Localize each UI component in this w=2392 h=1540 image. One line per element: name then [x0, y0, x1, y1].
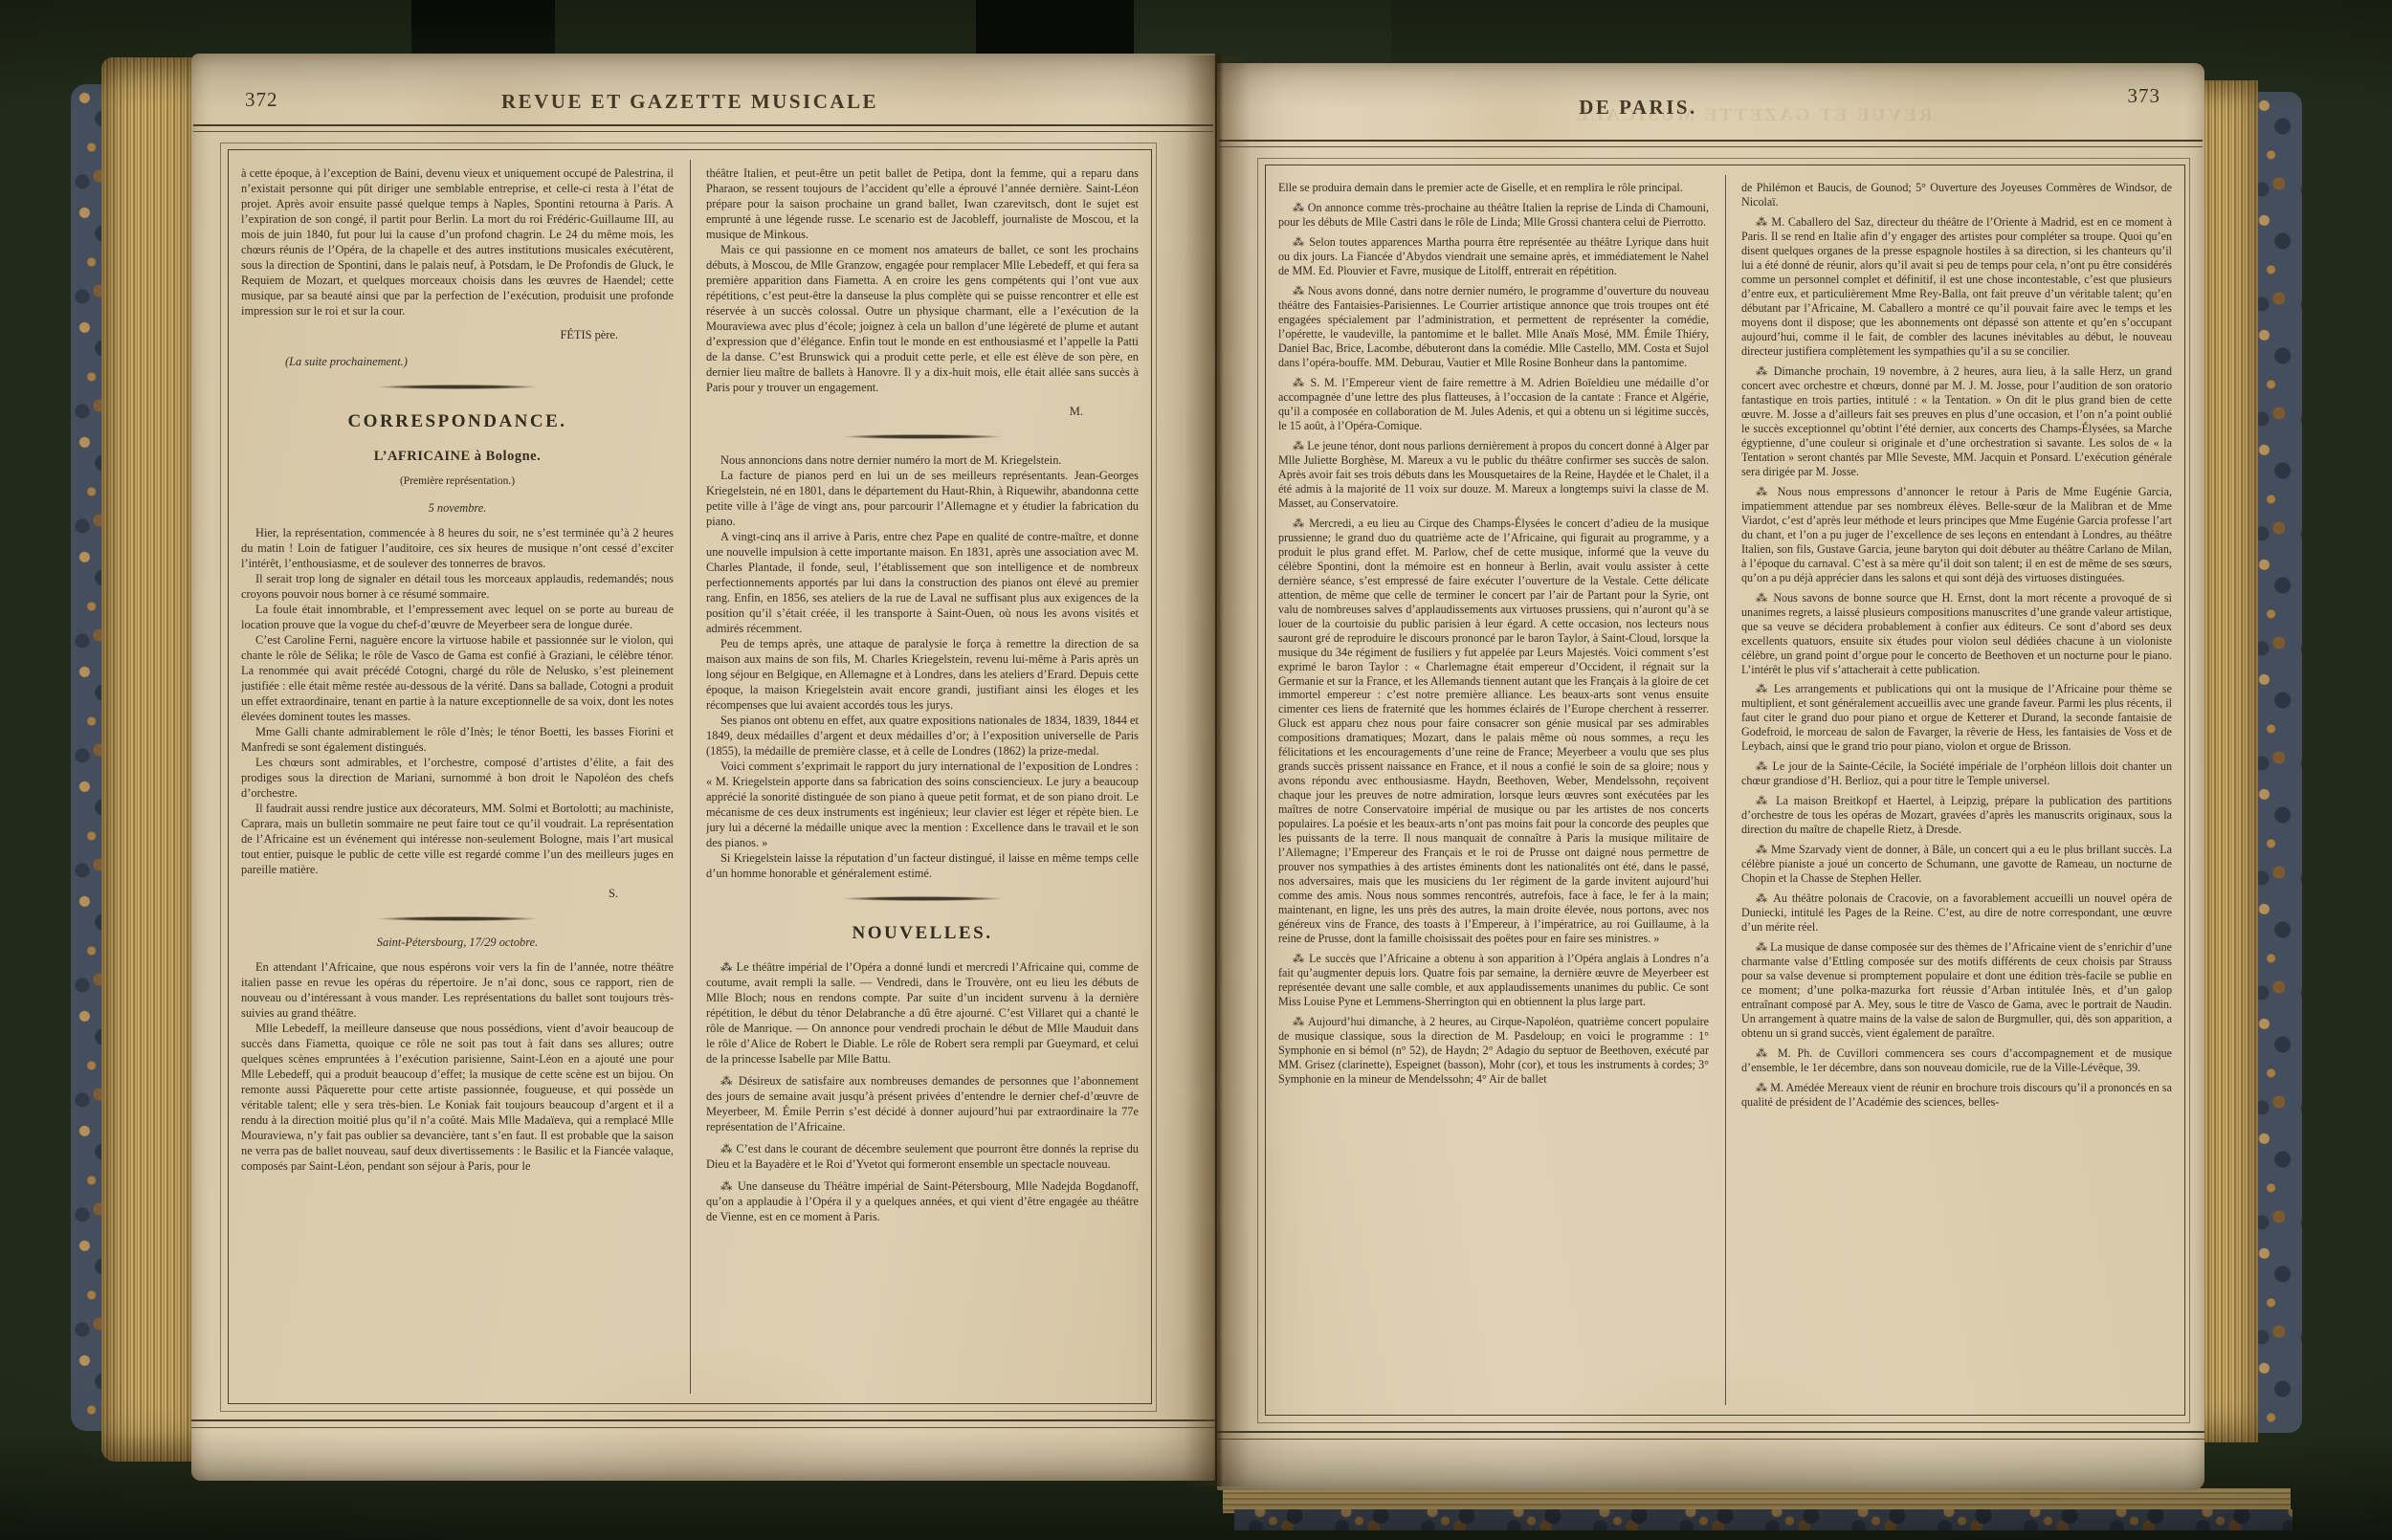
paragraph: La facture de pianos perd en lui un de s…: [706, 468, 1139, 529]
news-item: ⁂ Le théâtre impérial de l’Opéra a donné…: [706, 959, 1139, 1067]
paragraph-continuation: de Philémon et Baucis, de Gounod; 5° Ouv…: [1741, 181, 2172, 209]
news-item: ⁂ Les arrangements et publications qui o…: [1741, 682, 2172, 754]
paragraph: En attendant l’Africaine, que nous espér…: [241, 959, 674, 1021]
page-number-right: 373: [2128, 84, 2161, 108]
news-item: ⁂ Nous nous empressons d’annoncer le ret…: [1741, 485, 2172, 585]
background-shadow-band: [411, 0, 555, 59]
paragraph: Il serait trop long de signaler en détai…: [241, 571, 674, 602]
paragraph: Mais ce qui passionne en ce moment nos a…: [706, 242, 1139, 395]
paragraph: Si Kriegelstein laisse la réputation d’u…: [706, 850, 1139, 881]
running-head-left: REVUE ET GAZETTE MUSICALE: [228, 90, 1152, 114]
right-cover-marbled-edge: [2250, 92, 2302, 1433]
column-1: à cette époque, à l’exception de Baini, …: [241, 165, 674, 1388]
news-item: ⁂ Le succès que l’Africaine a obtenu à s…: [1278, 952, 1709, 1009]
footer-rule-thin: [191, 1427, 1215, 1428]
paragraph: Les chœurs sont admirables, et l’orchest…: [241, 755, 674, 801]
section-heading: NOUVELLES.: [706, 922, 1139, 946]
news-item: ⁂ Le jeune ténor, dont nous parlions der…: [1278, 439, 1709, 511]
paragraph: C’est Caroline Ferni, naguère encore la …: [241, 632, 674, 724]
paragraph-continuation: à cette époque, à l’exception de Baini, …: [241, 165, 674, 319]
news-item: ⁂ Dimanche prochain, 19 novembre, à 2 he…: [1741, 364, 2172, 479]
article-heading: L’AFRICAINE à Bologne.: [241, 448, 674, 466]
continuation-note: (La suite prochainement.): [241, 354, 674, 369]
news-item: ⁂ Aujourd’hui dimanche, à 2 heures, au C…: [1278, 1015, 1709, 1087]
news-item: ⁂ Selon toutes apparences Martha pourra …: [1278, 235, 1709, 278]
paragraph: Il faudrait aussi rendre justice aux déc…: [241, 801, 674, 877]
paragraph: Mme Galli chante admirablement le rôle d…: [241, 724, 674, 755]
news-item: ⁂ Mme Szarvady vient de donner, à Bâle, …: [1741, 843, 2172, 886]
text-frame-right: Elle se produira demain dans le premier …: [1265, 165, 2185, 1416]
news-item: ⁂ Au théâtre polonais de Cracovie, on a …: [1741, 891, 2172, 935]
divider-ornament: [376, 916, 539, 921]
news-item: ⁂ Le jour de la Sainte-Cécile, la Sociét…: [1741, 759, 2172, 788]
footer-rule-thick: [191, 1419, 1215, 1421]
paragraph: Peu de temps après, une attaque de paral…: [706, 636, 1139, 713]
paragraph-continuation: Elle se produira demain dans le premier …: [1278, 181, 1709, 195]
news-item: ⁂ M. Ph. de Cuvillori commencera ses cou…: [1741, 1046, 2172, 1075]
news-item: ⁂ La musique de danse composée sur des t…: [1741, 940, 2172, 1041]
footer-rule-thin: [1217, 1439, 2204, 1440]
section-heading: CORRESPONDANCE.: [241, 410, 674, 434]
news-item: ⁂ Mercredi, a eu lieu au Cirque des Cham…: [1278, 517, 1709, 947]
paragraph: Voici comment s’exprimait le rapport du …: [706, 759, 1139, 850]
running-head-right: DE PARIS.: [1361, 96, 1916, 120]
news-item: ⁂ M. Caballero del Saz, directeur du thé…: [1741, 215, 2172, 359]
left-page: 372 REVUE ET GAZETTE MUSICALE à cette ép…: [191, 54, 1215, 1481]
header-rule-thick: [1219, 140, 2203, 142]
column-4: de Philémon et Baucis, de Gounod; 5° Ouv…: [1741, 181, 2172, 1399]
paragraph-continuation: théâtre Italien, et peut-être un petit b…: [706, 165, 1139, 242]
right-page: 373 REVUE ET GAZETTE MUSICALE DE PARIS. …: [1217, 63, 2204, 1490]
signature: S.: [241, 886, 674, 901]
paragraph: Ses pianos ont obtenu en effet, aux quat…: [706, 713, 1139, 759]
footer-rule-thick: [1217, 1431, 2204, 1433]
header-rule-thin: [193, 131, 1213, 132]
signature: FÉTIS père.: [241, 327, 674, 342]
article-subheading: (Première représentation.): [241, 474, 674, 489]
header-rule-thick: [193, 124, 1213, 126]
news-item: ⁂ M. Amédée Mereaux vient de réunir en b…: [1741, 1081, 2172, 1110]
divider-ornament: [841, 896, 1004, 901]
column-2: théâtre Italien, et peut-être un petit b…: [706, 165, 1139, 1388]
news-item: ⁂ Une danseuse du Théâtre impérial de Sa…: [706, 1178, 1139, 1224]
paragraph: A vingt-cinq ans il arrive à Paris, entr…: [706, 529, 1139, 636]
paragraph: Nous annoncions dans notre dernier numér…: [706, 452, 1139, 468]
news-item: ⁂ On annonce comme très-prochaine au thé…: [1278, 201, 1709, 230]
article-date: 5 novembre.: [241, 500, 674, 516]
divider-ornament: [841, 434, 1004, 439]
news-item: ⁂ C’est dans le courant de décembre seul…: [706, 1141, 1139, 1172]
paragraph: Hier, la représentation, commencée à 8 h…: [241, 525, 674, 571]
text-frame-left: à cette époque, à l’exception de Baini, …: [228, 149, 1152, 1404]
header-rule-thin: [1219, 146, 2203, 147]
paragraph: La foule était innombrable, et l’empress…: [241, 602, 674, 632]
news-item: ⁂ Désireux de satisfaire aux nombreuses …: [706, 1073, 1139, 1134]
news-item: ⁂ Nous avons donné, dans notre dernier n…: [1278, 284, 1709, 370]
news-item: ⁂ S. M. l’Empereur vient de faire remett…: [1278, 376, 1709, 433]
news-item: ⁂ Nous savons de bonne source que H. Ern…: [1741, 591, 2172, 677]
book-scan: { "colors": { "background": "#222b19", "…: [0, 0, 2392, 1540]
bottom-cover-marbled-edge: [1234, 1509, 2292, 1530]
paragraph: Mlle Lebedeff, la meilleure danseuse que…: [241, 1021, 674, 1174]
left-page-stack-edge: [101, 57, 203, 1462]
column-3: Elle se produira demain dans le premier …: [1278, 181, 1709, 1399]
news-item: ⁂ La maison Breitkopf et Haertel, à Leip…: [1741, 794, 2172, 837]
divider-ornament: [376, 385, 539, 389]
signature: M.: [706, 404, 1139, 419]
correspondence-dateline: Saint-Pétersbourg, 17/29 octobre.: [241, 935, 674, 950]
